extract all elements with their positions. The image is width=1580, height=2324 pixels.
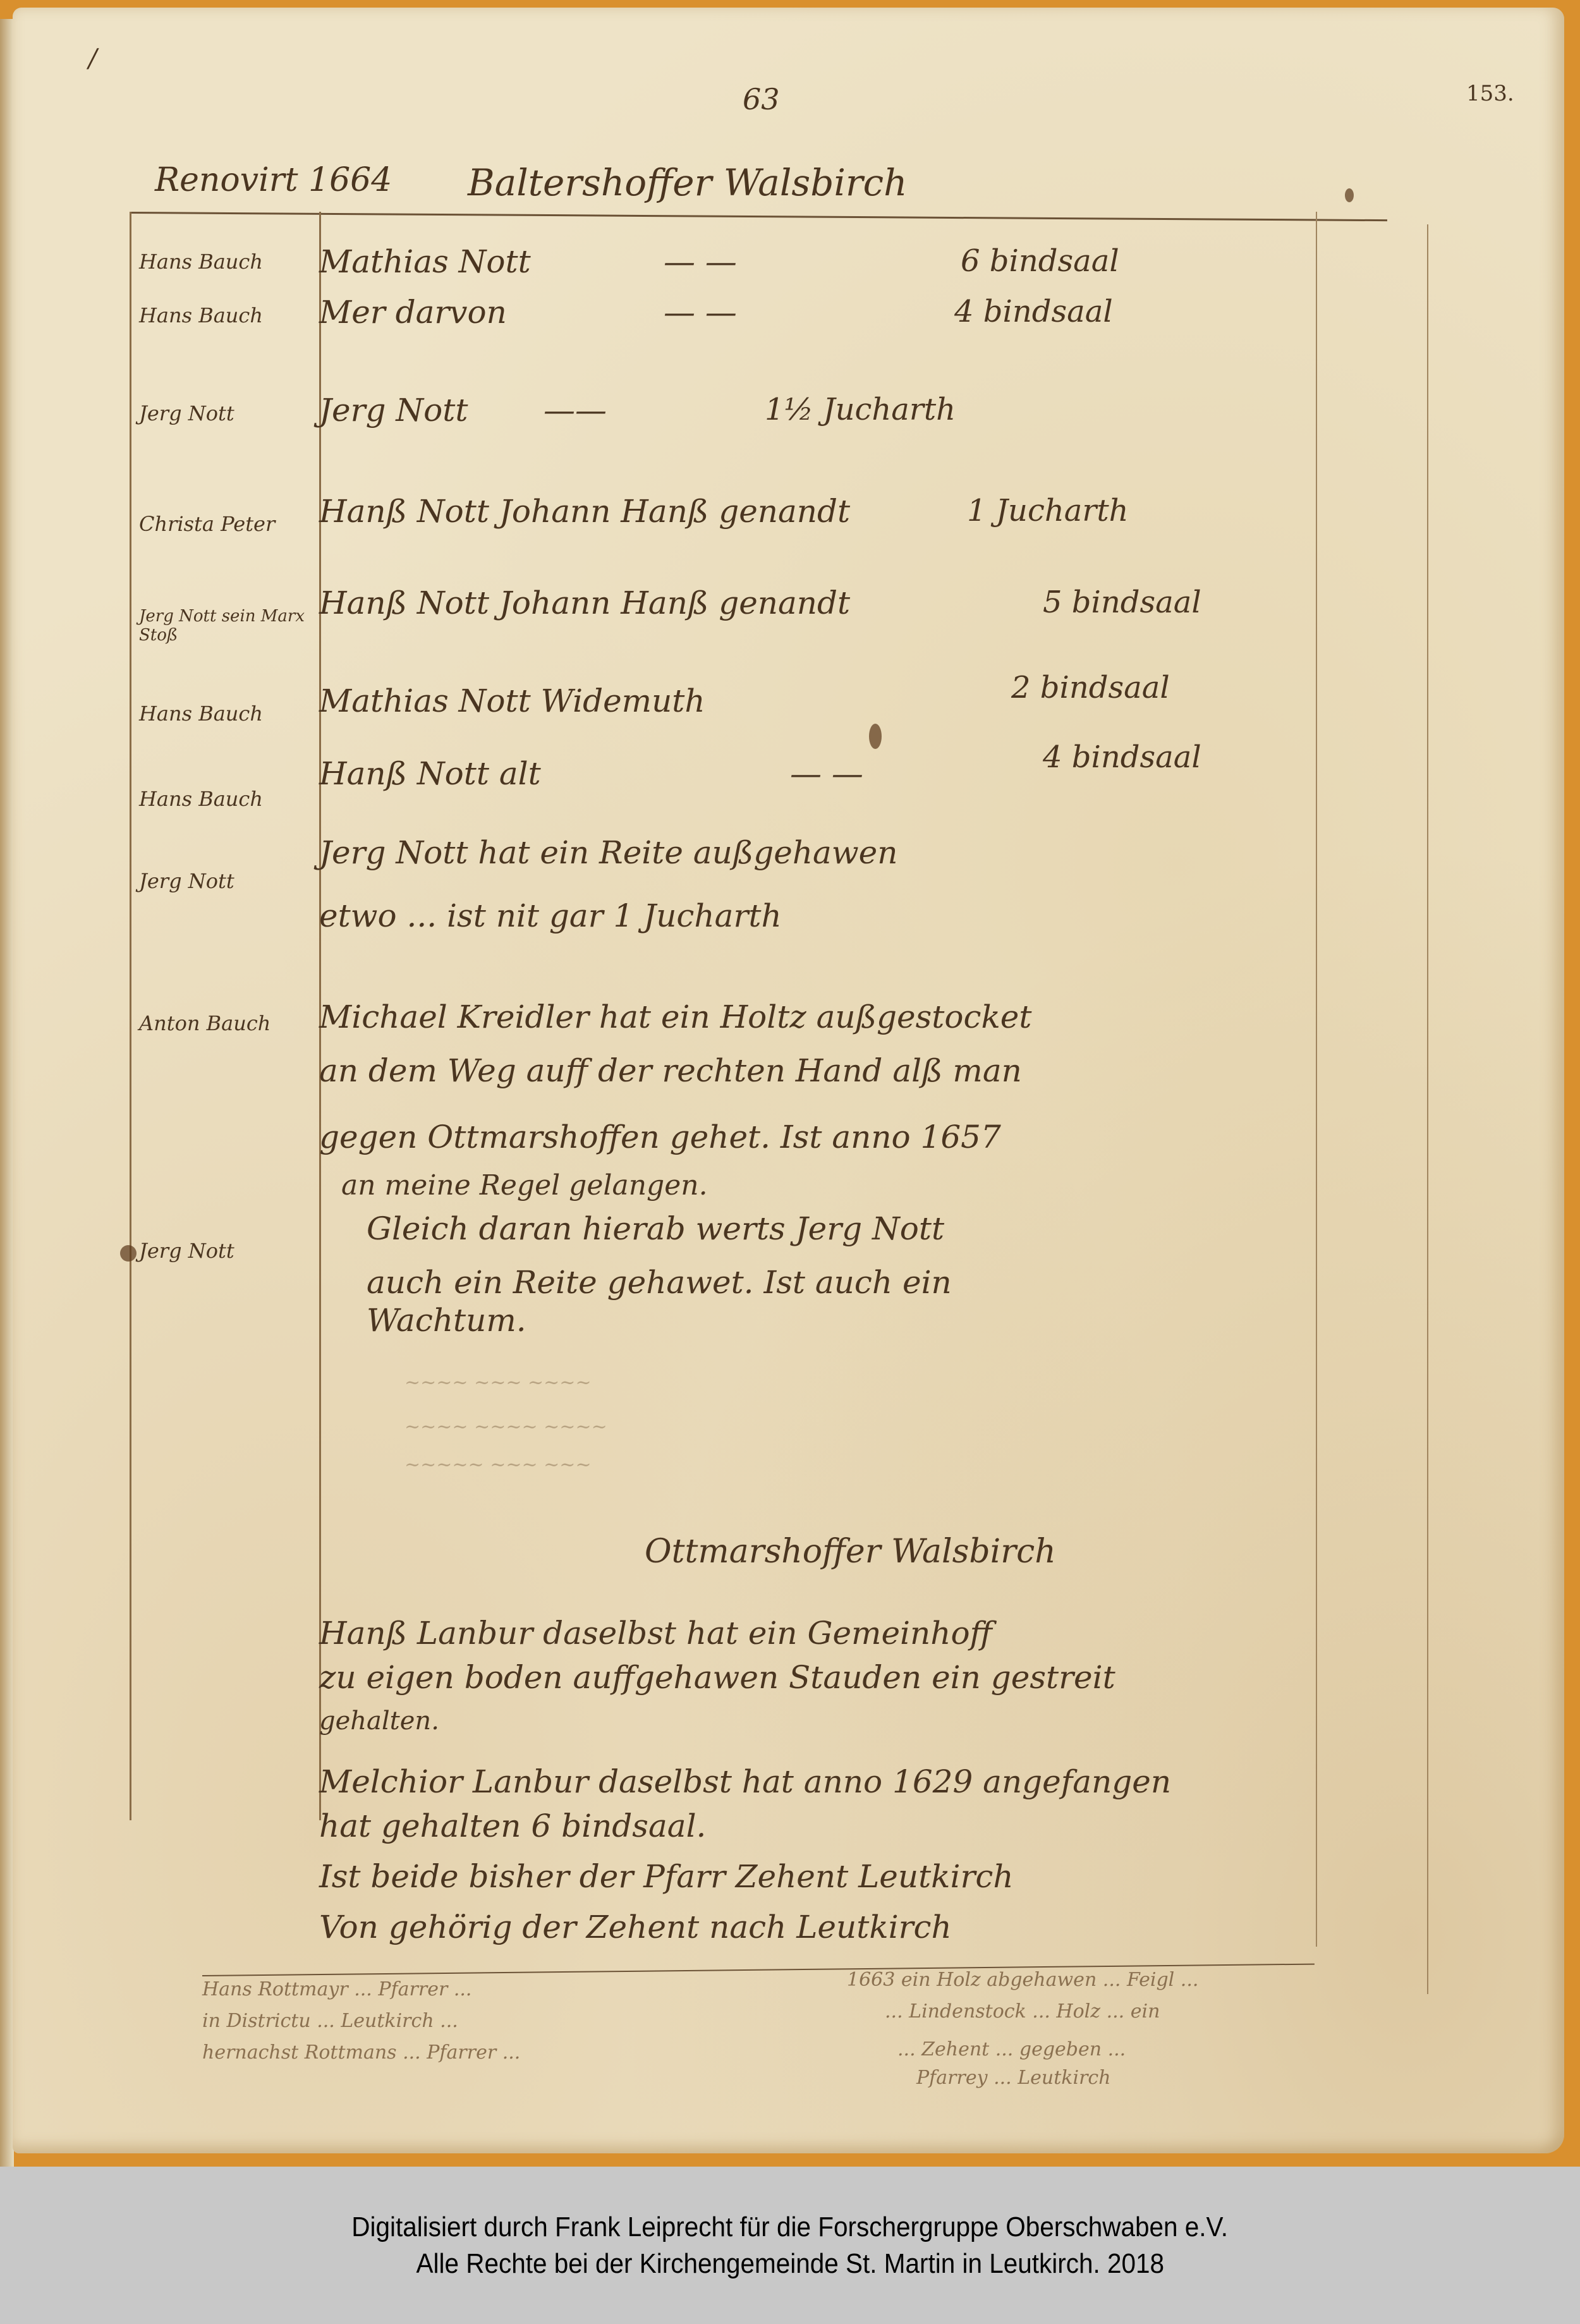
entry-name: Mathias Nott Widemuth: [319, 683, 705, 719]
paragraph-line: Hanß Lanbur daselbst hat ein Gemeinhoff: [319, 1615, 992, 1652]
paragraph-line: Wachtum.: [367, 1302, 526, 1339]
ink-blot: [869, 724, 882, 749]
margin-entry: Hans Bauch: [139, 787, 263, 811]
entry-dashes: — —: [664, 243, 737, 280]
entry-dashes: ——: [544, 392, 607, 429]
footer-note: hernachst Rottmans ... Pfarrer ...: [202, 2041, 520, 2064]
entry-dashes: — —: [790, 755, 863, 792]
paragraph-line: gehalten.: [319, 1706, 439, 1736]
bleed-through-mark: ~~~~ ~~~~ ~~~~: [404, 1416, 607, 1438]
folio-stamp: 153.: [1466, 81, 1514, 106]
entry-name: Hanß Nott Johann Hanß genandt: [319, 585, 850, 621]
paragraph-line: Gleich daran hierab werts Jerg Nott: [367, 1210, 944, 1247]
paragraph-line: Von gehörig der Zehent nach Leutkirch: [319, 1909, 952, 1945]
header-title: Baltershoffer Walsbirch: [468, 161, 907, 204]
margin-entry: Jerg Nott: [139, 401, 234, 425]
right-column-rule: [1316, 212, 1317, 1947]
margin-entry: Jerg Nott: [139, 869, 234, 893]
margin-entry: Hans Bauch: [139, 303, 263, 327]
paragraph-line: an dem Weg auff der rechten Hand alß man: [319, 1052, 1022, 1089]
entry-name: Mer darvon: [319, 294, 507, 331]
paragraph-line: Michael Kreidler hat ein Holtz außgestoc…: [319, 999, 1031, 1035]
folio-number: 63: [743, 82, 780, 116]
margin-entry: Anton Bauch: [139, 1011, 270, 1035]
ink-blot: [1345, 188, 1354, 202]
caption-line-rights: Alle Rechte bei der Kirchengemeinde St. …: [416, 2246, 1164, 2282]
entry-amount: 1 Jucharth: [967, 493, 1129, 528]
margin-entry: Jerg Nott sein Marx Stoß: [139, 607, 310, 645]
entry-amount: 4 bindsaal: [954, 294, 1113, 329]
ink-blot: [120, 1245, 137, 1262]
paragraph-line: zu eigen boden auffgehawen Stauden ein g…: [319, 1659, 1115, 1696]
paragraph-line: Melchior Lanbur daselbst hat anno 1629 a…: [319, 1763, 1171, 1800]
manuscript-scan: / 63 153. Renovirt 1664 Baltershoffer Wa…: [0, 0, 1580, 2167]
outer-right-rule: [1427, 224, 1428, 1994]
margin-entry: Jerg Nott: [139, 1239, 234, 1263]
footer-note: in Districtu ... Leutkirch ...: [202, 2010, 458, 2032]
entry-name: Mathias Nott: [319, 243, 531, 280]
paragraph-line: etwo ... ist nit gar 1 Jucharth: [319, 897, 782, 934]
left-border-rule: [130, 212, 131, 1820]
section-title: Ottmarshoffer Walsbirch: [645, 1533, 1056, 1571]
margin-entry: Christa Peter: [139, 512, 275, 536]
paragraph-line: hat gehalten 6 bindsaal.: [319, 1808, 706, 1844]
caption-line-digitized-by: Digitalisiert durch Frank Leiprecht für …: [352, 2209, 1229, 2246]
entry-amount: 6 bindsaal: [961, 243, 1119, 279]
margin-entry: Hans Bauch: [139, 250, 263, 274]
bleed-through-mark: ~~~~~ ~~~ ~~~: [404, 1454, 592, 1476]
header-renovation-year: Renovirt 1664: [155, 161, 392, 199]
entry-amount: 4 bindsaal: [1043, 739, 1201, 775]
paragraph-line: an meine Regel gelangen.: [341, 1169, 708, 1202]
margin-mark: /: [88, 44, 97, 73]
entry-name: Hanß Nott Johann Hanß genandt: [319, 493, 850, 530]
paragraph-line: Jerg Nott hat ein Reite außgehawen: [319, 834, 897, 871]
entry-name: Hanß Nott alt: [319, 755, 541, 792]
paragraph-line: Ist beide bisher der Pfarr Zehent Leutki…: [319, 1858, 1014, 1895]
paragraph-line: auch ein Reite gehawet. Ist auch ein: [367, 1264, 952, 1301]
left-page-edge: [0, 19, 14, 2167]
entry-amount: 1½ Jucharth: [765, 392, 956, 427]
bleed-through-mark: ~~~~ ~~~ ~~~~: [404, 1372, 592, 1394]
footer-note: ... Zehent ... gegeben ...: [897, 2038, 1126, 2060]
paragraph-line: gegen Ottmarshoffen gehet. Ist anno 1657: [319, 1119, 1001, 1155]
footer-note: Hans Rottmayr ... Pfarrer ...: [202, 1978, 471, 2000]
entry-dashes: — —: [664, 294, 737, 331]
footer-note: Pfarrey ... Leutkirch: [916, 2067, 1111, 2089]
entry-amount: 5 bindsaal: [1043, 585, 1201, 620]
footer-note: 1663 ein Holz abgehawen ... Feigl ...: [847, 1969, 1198, 1991]
entry-amount: 2 bindsaal: [1011, 670, 1170, 705]
footer-note: ... Lindenstock ... Holz ... ein: [885, 2000, 1160, 2023]
entry-name: Jerg Nott: [319, 392, 468, 429]
margin-entry: Hans Bauch: [139, 702, 263, 726]
copyright-caption: Digitalisiert durch Frank Leiprecht für …: [0, 2167, 1580, 2324]
